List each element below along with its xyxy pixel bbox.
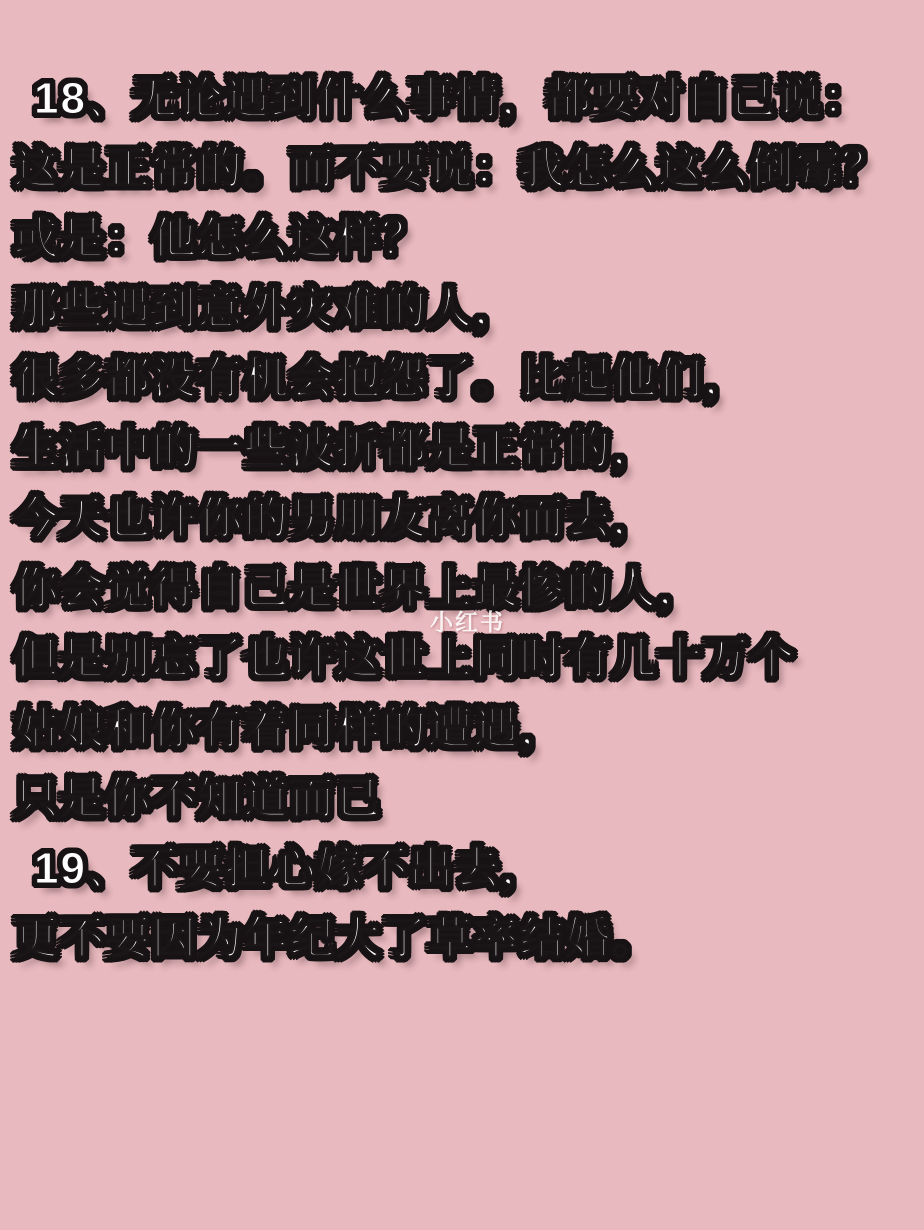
text-line: 只是你不知道而已 xyxy=(14,764,924,834)
text-line: 或是：他怎么这样？ xyxy=(14,204,924,274)
text-line: 生活中的一些波折都是正常的， xyxy=(14,414,924,484)
text-line: 那些遇到意外灾难的人， xyxy=(14,274,924,344)
text-poster-canvas: 18、无论遇到什么事情，都要对自己说： 这是正常的。而不要说：我怎么这么倒霉？ … xyxy=(0,0,924,1230)
quote-18-section: 18、无论遇到什么事情，都要对自己说： 这是正常的。而不要说：我怎么这么倒霉？ … xyxy=(0,64,924,274)
text-line: 这是正常的。而不要说：我怎么这么倒霉？ xyxy=(14,134,924,204)
text-line: 今天也许你的男朋友离你而去， xyxy=(14,484,924,554)
quote-19-section: 19、不要担心嫁不出去， 更不要因为年纪大了草率结婚。 xyxy=(0,834,924,974)
text-line: 19、不要担心嫁不出去， xyxy=(14,834,924,904)
body-paragraph-section: 那些遇到意外灾难的人， 很多都没有机会抱怨了。比起他们， 生活中的一些波折都是正… xyxy=(0,274,924,834)
text-line: 18、无论遇到什么事情，都要对自己说： xyxy=(14,64,924,134)
text-line: 姑娘和你有着同样的遭遇， xyxy=(14,694,924,764)
text-line: 更不要因为年纪大了草率结婚。 xyxy=(14,904,924,974)
text-line: 很多都没有机会抱怨了。比起他们， xyxy=(14,344,924,414)
xiaohongshu-watermark: 小红书 xyxy=(430,604,505,637)
